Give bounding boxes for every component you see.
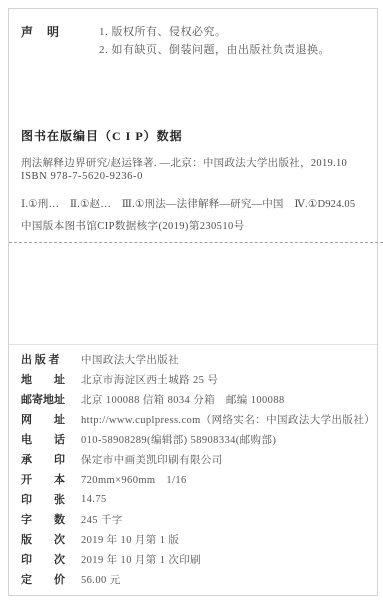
pub-row-label: 邮寄地址 bbox=[21, 391, 69, 407]
publication-info-table: 出 版 者 中国政法大学出版社 地 址 北京市海淀区西土城路 25 号 邮寄地址… bbox=[21, 349, 369, 589]
table-row: 字 数 245 千字 bbox=[21, 509, 369, 529]
table-row: 定 价 56.00 元 bbox=[21, 569, 369, 589]
pub-row-label: 电 话 bbox=[21, 431, 69, 447]
table-row: 印 张 14.75 bbox=[21, 489, 369, 509]
pub-row-label: 字 数 bbox=[21, 511, 69, 527]
section-divider bbox=[9, 344, 377, 345]
table-row: 网 址 http://www.cuplpress.com（网络实名：中国政法大学… bbox=[21, 409, 369, 429]
statement-items: 1. 版权所有、侵权必究。 2. 如有缺页、倒装问题，由出版社负责退换。 bbox=[99, 23, 330, 59]
statement-item-1: 1. 版权所有、侵权必究。 bbox=[99, 23, 330, 41]
table-row: 电 话 010-58908289(编辑部) 58908334(邮购部) bbox=[21, 429, 369, 449]
cip-record-number: 中国版本图书馆CIP数据核字(2019)第230510号 bbox=[21, 218, 245, 233]
pub-row-label: 定 价 bbox=[21, 571, 69, 587]
pub-row-label: 地 址 bbox=[21, 371, 69, 387]
scanned-copyright-page: 声 明 1. 版权所有、侵权必究。 2. 如有缺页、倒装问题，由出版社负责退换。… bbox=[0, 0, 383, 600]
pub-row-label: 网 址 bbox=[21, 411, 69, 427]
pub-row-value: 中国政法大学出版社 bbox=[81, 352, 179, 367]
cip-classification: Ⅰ.①刑… Ⅱ.①赵… Ⅲ.①刑法—法律解释—研究—中国 Ⅳ.①D924.05 bbox=[21, 196, 369, 211]
statement-section: 声 明 1. 版权所有、侵权必究。 2. 如有缺页、倒装问题，由出版社负责退换。 bbox=[21, 23, 367, 59]
pub-row-value: 56.00 元 bbox=[81, 572, 121, 587]
table-row: 版 次 2019 年 10 月第 1 版 bbox=[21, 529, 369, 549]
pub-row-value: 010-58908289(编辑部) 58908334(邮购部) bbox=[81, 432, 276, 447]
table-row: 邮寄地址 北京 100088 信箱 8034 分箱 邮编 100088 bbox=[21, 389, 369, 409]
pub-row-value: 北京 100088 信箱 8034 分箱 邮编 100088 bbox=[81, 392, 285, 407]
pub-row-value: http://www.cuplpress.com（网络实名：中国政法大学出版社） bbox=[81, 412, 375, 427]
cip-heading: 图书在版编目（C I P）数据 bbox=[21, 127, 183, 144]
pub-row-label: 印 次 bbox=[21, 551, 69, 567]
pub-row-label: 版 次 bbox=[21, 531, 69, 547]
table-row: 承 印 保定市中画美凯印刷有限公司 bbox=[21, 449, 369, 469]
statement-label: 声 明 bbox=[21, 23, 99, 41]
pub-row-value: 2019 年 10 月第 1 次印刷 bbox=[81, 552, 201, 567]
pub-row-value: 2019 年 10 月第 1 版 bbox=[81, 532, 179, 547]
pub-row-value: 720mm×960mm 1/16 bbox=[81, 472, 187, 487]
table-row: 印 次 2019 年 10 月第 1 次印刷 bbox=[21, 549, 369, 569]
cip-isbn: ISBN 978-7-5620-9236-0 bbox=[21, 171, 143, 182]
pub-row-value: 保定市中画美凯印刷有限公司 bbox=[81, 452, 223, 467]
cip-title-line: 刑法解释边界研究/赵运锋著. —北京：中国政法大学出版社，2019.10 bbox=[21, 155, 369, 170]
pub-row-value: 北京市海淀区西土城路 25 号 bbox=[81, 372, 218, 387]
pub-row-label: 开 本 bbox=[21, 471, 69, 487]
table-row: 开 本 720mm×960mm 1/16 bbox=[21, 469, 369, 489]
pub-row-label: 印 张 bbox=[21, 491, 69, 507]
statement-item-2: 2. 如有缺页、倒装问题，由出版社负责退换。 bbox=[99, 41, 330, 59]
pub-row-value: 14.75 bbox=[81, 494, 107, 505]
pub-row-label: 承 印 bbox=[21, 451, 69, 467]
table-row: 出 版 者 中国政法大学出版社 bbox=[21, 349, 369, 369]
table-row: 地 址 北京市海淀区西土城路 25 号 bbox=[21, 369, 369, 389]
page-border-box: 声 明 1. 版权所有、侵权必究。 2. 如有缺页、倒装问题，由出版社负责退换。… bbox=[8, 8, 378, 596]
pub-row-label: 出 版 者 bbox=[21, 351, 69, 367]
dashed-divider bbox=[9, 242, 383, 243]
pub-row-value: 245 千字 bbox=[81, 512, 123, 527]
